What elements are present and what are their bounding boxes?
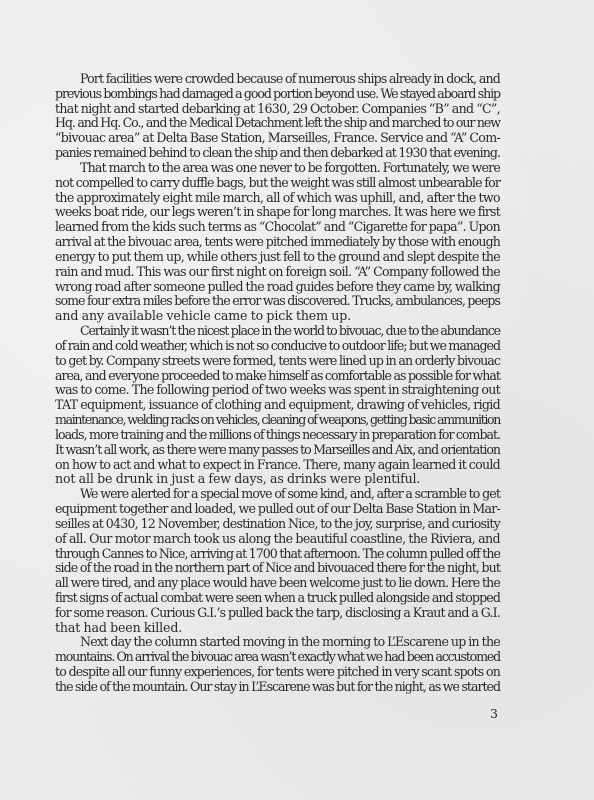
text-line: equipment together and loaded, we pulled… <box>55 502 500 517</box>
text-line: loads, more training and the millions of… <box>55 428 500 443</box>
text-line: to get by. Company streets were formed, … <box>55 354 500 369</box>
text-line: previous bombings had damaged a good por… <box>55 87 500 102</box>
paragraph: Port facilities were crowded because of … <box>55 72 500 161</box>
document-page: Port facilities were crowded because of … <box>0 0 594 800</box>
text-line: Certainly it wasn’t the nicest place in … <box>55 324 500 339</box>
text-line: panies remained behind to clean the ship… <box>55 146 500 161</box>
text-line: arrival at the bivouac area, tents were … <box>55 235 500 250</box>
text-line: area, and everyone proceeded to make him… <box>55 369 500 384</box>
text-line: all were tired, and any place would have… <box>55 576 500 591</box>
text-line: Hq. and Hq. Co., and the Medical Detachm… <box>55 116 500 131</box>
body-text: Port facilities were crowded because of … <box>55 72 500 695</box>
text-line: Next day the column started moving in th… <box>55 635 500 650</box>
page-number: 3 <box>490 706 498 721</box>
paragraph: That march to the area was one never to … <box>55 161 500 324</box>
text-line: side of the road in the northern part of… <box>55 561 500 576</box>
text-line: not compelled to carry duffle bags, but … <box>55 176 500 191</box>
text-line: for some reason. Curious G.I.’s pulled b… <box>55 606 500 621</box>
paragraph: Next day the column started moving in th… <box>55 635 500 694</box>
text-line: some four extra miles before the error w… <box>55 294 500 309</box>
text-line: first signs of actual combat were seen w… <box>55 591 500 606</box>
text-line: mountains. On arrival the bivouac area w… <box>55 650 500 665</box>
text-line: weeks boat ride, our legs weren’t in sha… <box>55 205 500 220</box>
text-line: not all be drunk in just a few days, as … <box>55 472 500 487</box>
text-line: It wasn’t all work, as there were many p… <box>55 443 500 458</box>
text-line: through Cannes to Nice, arriving at 1700… <box>55 547 500 562</box>
text-line: rain and mud. This was our first night o… <box>55 265 500 280</box>
paragraph: We were alerted for a special move of so… <box>55 487 500 635</box>
text-line: energy to put them up, while others just… <box>55 250 500 265</box>
text-line: that had been killed. <box>55 621 500 636</box>
text-line: maintenance, welding racks on vehicles, … <box>55 413 500 428</box>
text-line: wrong road after someone pulled the road… <box>55 280 500 295</box>
text-line: was to come. The following period of two… <box>55 383 500 398</box>
text-line: learned from the kids such terms as “Cho… <box>55 220 500 235</box>
text-line: that night and started debarking at 1630… <box>55 102 500 117</box>
text-line: on how to act and what to expect in Fran… <box>55 458 500 473</box>
text-line: of all. Our motor march took us along th… <box>55 532 500 547</box>
text-line: the approximately eight mile march, all … <box>55 191 500 206</box>
text-line: seilles at 0430, 12 November, destinatio… <box>55 517 500 532</box>
text-line: the side of the mountain. Our stay in L’… <box>55 680 500 695</box>
text-line: That march to the area was one never to … <box>55 161 500 176</box>
text-line: of rain and cold weather, which is not s… <box>55 339 500 354</box>
paragraph: Certainly it wasn’t the nicest place in … <box>55 324 500 487</box>
text-line: to despite all our funny experiences, fo… <box>55 665 500 680</box>
text-line: Port facilities were crowded because of … <box>55 72 500 87</box>
text-line: We were alerted for a special move of so… <box>55 487 500 502</box>
text-line: TAT equipment, issuance of clothing and … <box>55 398 500 413</box>
text-line: “bivouac area” at Delta Base Station, Ma… <box>55 131 500 146</box>
text-line: and any available vehicle came to pick t… <box>55 309 500 324</box>
